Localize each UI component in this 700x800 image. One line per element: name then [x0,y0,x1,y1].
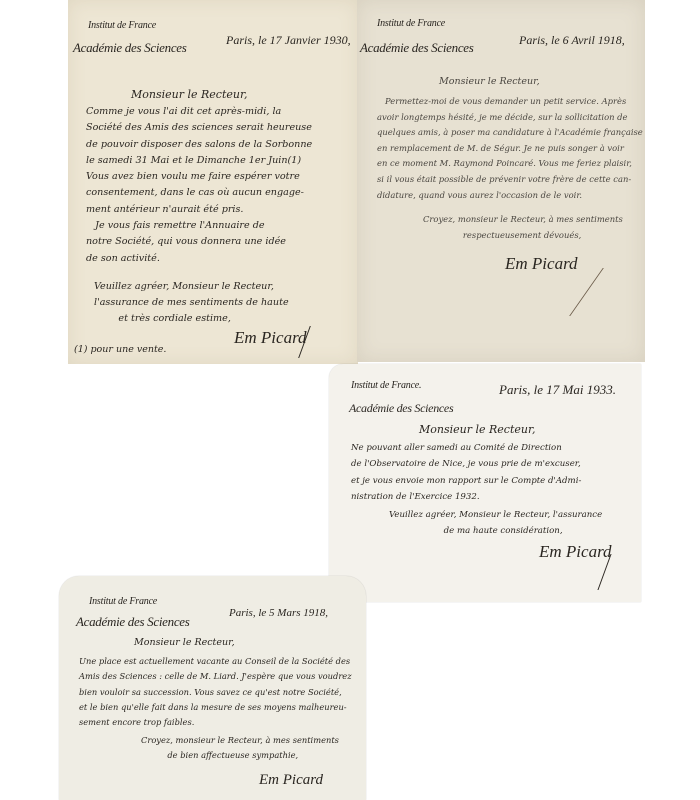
letterhead-institute: Institut de France [88,20,156,31]
footnote: (1) pour une vente. [74,344,166,355]
letterhead-academy: Académie des Sciences [360,40,474,56]
letter-body: Comme je vous l'ai dit cet après-midi, l… [86,104,312,267]
signature: Em Picard [234,328,307,348]
letterhead-institute: Institut de France [377,18,445,29]
letterhead-institute: Institut de France [89,596,157,607]
letter-1930-01-17: Institut de France Académie des Sciences… [68,0,358,364]
signature-flourish [545,268,604,316]
salutation: Monsieur le Recteur, [439,76,540,87]
letter-body: Permettez-moi de vous demander un petit … [377,94,643,203]
letter-1918-04-06: Institut de France Académie des Sciences… [357,0,645,362]
letter-date: Paris, le 17 Janvier 1930, [226,33,351,48]
letter-closing: Croyez, monsieur le Recteur, à mes senti… [423,211,623,243]
signature: Em Picard [505,254,578,274]
letter-closing: Veuillez agréer, Monsieur le Recteur, l'… [94,279,289,327]
letter-date: Paris, le 5 Mars 1918, [229,607,328,619]
signature: Em Picard [539,542,612,562]
salutation: Monsieur le Recteur, [131,88,248,101]
letter-1933-05-17: Institut de France. Académie des Science… [329,364,641,602]
signature: Em Picard [259,772,323,789]
letterhead-academy: Académie des Sciences [349,401,453,416]
letter-body: Une place est actuellement vacante au Co… [79,654,352,730]
letter-body: Ne pouvant aller samedi au Comité de Dir… [351,440,581,505]
letterhead-academy: Académie des Sciences [76,614,190,630]
letter-closing: Veuillez agréer, Monsieur le Recteur, l'… [389,507,602,539]
salutation: Monsieur le Recteur, [419,423,536,436]
letterhead-institute: Institut de France. [351,380,421,391]
salutation: Monsieur le Recteur, [134,637,235,648]
letter-date: Paris, le 6 Avril 1918, [519,33,625,48]
letter-1918-03-05: Institut de France Académie des Sciences… [59,576,366,800]
letterhead-academy: Académie des Sciences [73,40,187,56]
letter-closing: Croyez, monsieur le Recteur, à mes senti… [141,733,339,763]
letter-date: Paris, le 17 Mai 1933. [499,382,616,398]
